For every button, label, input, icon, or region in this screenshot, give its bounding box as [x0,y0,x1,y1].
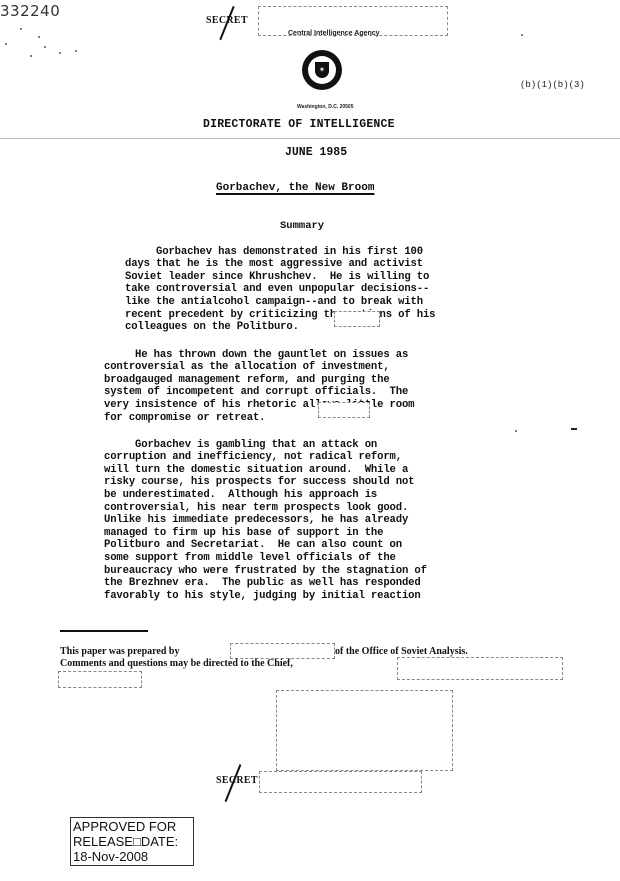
text-line: will turn the domestic situation around.… [104,464,427,477]
agency-name: Central Intelligence Agency [288,30,380,37]
summary-paragraph-2: He has thrown down the gauntlet on issue… [104,336,414,437]
scan-speck [20,28,22,30]
footnote-line-2: Comments and questions may be directed t… [60,658,293,670]
text-line: corruption and inefficiency, not radical… [104,451,427,464]
summary-paragraph-3: Gorbachev is gambling that an attack onc… [104,426,427,615]
text-line: system of incompetent and corrupt offici… [104,386,414,399]
text-line: bureaucracy who were frustrated by the s… [104,565,427,578]
text-line: Gorbachev is gambling that an attack on [104,439,427,452]
text-line: favorably to his style, judging by initi… [104,590,427,603]
scan-speck [38,36,40,38]
directorate-heading: DIRECTORATE OF INTELLIGENCE [203,118,395,131]
text-line: some support from middle level officials… [104,552,427,565]
scan-speck [75,50,77,52]
agency-location: Washington, D.C. 20505 [297,104,354,110]
text-line: broadgauged management reform, and purgi… [104,374,414,387]
text-line: risky course, his prospects for success … [104,476,427,489]
text-line: take controversial and even unpopular de… [125,283,435,296]
scan-speck [515,430,517,432]
document-date: JUNE 1985 [285,146,347,159]
redaction-box-footer [259,771,422,793]
scan-speck [5,43,7,45]
text-line: Soviet leader since Khrushchev. He is wi… [125,271,435,284]
footnote-rule [60,630,148,632]
summary-heading: Summary [280,220,324,232]
release-stamp: APPROVED FORRELEASE□DATE:18-Nov-2008 [70,817,194,866]
summary-paragraph-1: Gorbachev has demonstrated in his first … [125,233,435,346]
stamp-line: RELEASE□DATE: [73,834,191,849]
footnote-line-1-start: This paper was prepared by [60,646,179,658]
text-line: Politburo and Secretariat. He can also c… [104,539,427,552]
document-title: Gorbachev, the New Broom [216,182,374,194]
scan-speck [521,34,523,36]
scan-speck [59,52,61,54]
text-line: colleagues on the Politburo. [125,321,435,334]
redaction-box-para-2 [318,402,370,418]
text-line: controversial as the allocation of inves… [104,361,414,374]
text-line: like the antialcohol campaign--and to br… [125,296,435,309]
text-line: be underestimated. Although his approach… [104,489,427,502]
text-line: days that he is the most aggressive and … [125,258,435,271]
classification-marking-bottom: SECRET [216,775,258,786]
stamp-line: 18-Nov-2008 [73,849,191,864]
stamp-line: APPROVED FOR [73,819,191,834]
redaction-box-large [276,690,453,771]
redaction-box-para-1 [334,311,380,327]
cia-seal-icon: ✶ [302,50,342,90]
text-line: Unlike his immediate predecessors, he ha… [104,514,427,527]
text-line: managed to firm up his base of support i… [104,527,427,540]
redaction-box-chief-cont [58,671,142,688]
text-line: Gorbachev has demonstrated in his first … [125,246,435,259]
text-line: the Brezhnev era. The public as well has… [104,577,427,590]
text-line: controversial, his near term prospects l… [104,502,427,515]
scan-speck [30,55,32,57]
scan-speck [44,46,46,48]
document-number: 332240 [0,2,60,20]
redaction-box-chief [397,657,563,680]
text-line: He has thrown down the gauntlet on issue… [104,349,414,362]
exemption-codes: (b)(1)(b)(3) [520,80,585,90]
text-line: recent precedent by criticizing the acti… [125,309,435,322]
redaction-box-author [230,643,335,659]
scan-mark [571,428,577,430]
header-rule [0,138,620,139]
